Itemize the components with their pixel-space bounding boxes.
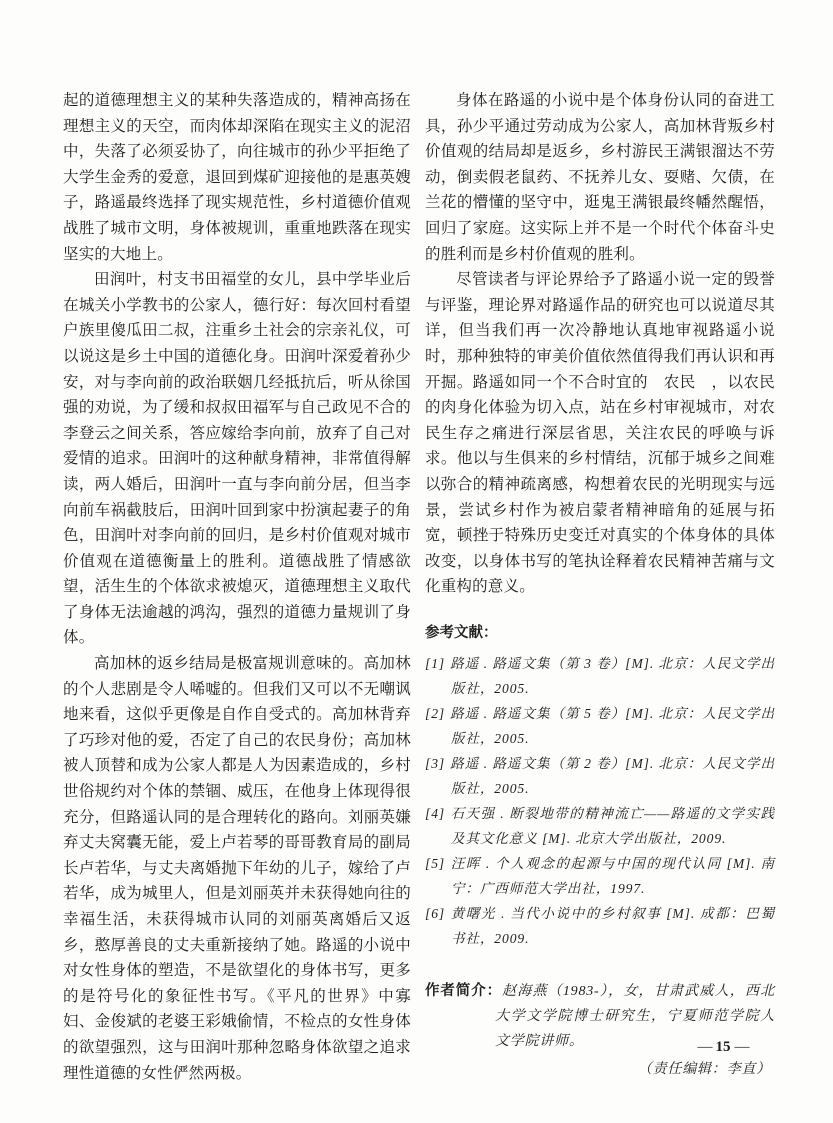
paragraph: 尽管读者与评论界给予了路遥小说一定的毁誉与评鉴，理论界对路遥作品的研究也可以说道…: [425, 267, 775, 600]
reference-item: [4]石天强 . 断裂地带的精神流亡——路遥的文学实践及其文化意义 [M]. 北…: [425, 801, 775, 851]
author-bio-label: 作者简介：: [425, 983, 502, 999]
page-number-value: 15: [712, 1039, 735, 1055]
reference-text: 路遥 . 路遥文集（第 2 卷）[M]. 北京：人民文学出版社，2005.: [450, 756, 775, 796]
reference-marker: [3]: [425, 756, 450, 771]
references-section: 参考文献： [1]路遥 . 路遥文集（第 3 卷）[M]. 北京：人民文学出版社…: [425, 621, 775, 951]
paragraph: 起的道德理想主义的某种失落造成的，精神高扬在理想主义的天空，而肉体却深陷在现实主…: [63, 88, 411, 267]
editor-note: （责任编辑：李直）: [425, 1057, 775, 1082]
reference-marker: [6]: [425, 906, 450, 921]
paper-page: 起的道德理想主义的某种失落造成的，精神高扬在理想主义的天空，而肉体却深陷在现实主…: [0, 0, 833, 1123]
reference-text: 石天强 . 断裂地带的精神流亡——路遥的文学实践及其文化意义 [M]. 北京大学…: [450, 806, 775, 846]
paragraph: 田润叶，村支书田福堂的女儿，县中学毕业后在城关小学教书的公家人，德行好：每次回村…: [63, 267, 411, 651]
paragraph: 高加林的返乡结局是极富规训意味的。高加林的个人悲剧是令人唏嘘的。但我们又可以不无…: [63, 651, 411, 1086]
reference-text: 路遥 . 路遥文集（第 5 卷）[M]. 北京：人民文学出版社，2005.: [450, 706, 775, 746]
left-column: 起的道德理想主义的某种失落造成的，精神高扬在理想主义的天空，而肉体却深陷在现实主…: [63, 88, 411, 1086]
reference-marker: [2]: [425, 706, 450, 721]
page-number: —15—: [678, 1036, 768, 1058]
reference-text: 路遥 . 路遥文集（第 3 卷）[M]. 北京：人民文学出版社，2005.: [450, 656, 775, 696]
reference-item: [5]汪晖 . 个人观念的起源与中国的现代认同 [M]. 南宁：广西师范大学出社…: [425, 851, 775, 901]
references-heading: 参考文献：: [425, 621, 775, 646]
reference-marker: [5]: [425, 856, 450, 871]
reference-item: [3]路遥 . 路遥文集（第 2 卷）[M]. 北京：人民文学出版社，2005.: [425, 751, 775, 801]
page-number-dash-left: —: [698, 1039, 712, 1055]
reference-text: 汪晖 . 个人观念的起源与中国的现代认同 [M]. 南宁：广西师范大学出社，19…: [450, 856, 775, 896]
reference-item: [1]路遥 . 路遥文集（第 3 卷）[M]. 北京：人民文学出版社，2005.: [425, 651, 775, 701]
reference-text: 黄曙光 . 当代小说中的乡村叙事 [M]. 成都：巴蜀书社，2009.: [450, 906, 775, 946]
right-column: 身体在路遥的小说中是个体身份认同的奋进工具，孙少平通过劳动成为公家人，高加林背叛…: [425, 88, 775, 1082]
reference-marker: [4]: [425, 806, 450, 821]
reference-item: [6]黄曙光 . 当代小说中的乡村叙事 [M]. 成都：巴蜀书社，2009.: [425, 901, 775, 951]
paragraph: 身体在路遥的小说中是个体身份认同的奋进工具，孙少平通过劳动成为公家人，高加林背叛…: [425, 88, 775, 267]
reference-marker: [1]: [425, 656, 450, 671]
reference-item: [2]路遥 . 路遥文集（第 5 卷）[M]. 北京：人民文学出版社，2005.: [425, 701, 775, 751]
page-number-dash-right: —: [735, 1039, 749, 1055]
